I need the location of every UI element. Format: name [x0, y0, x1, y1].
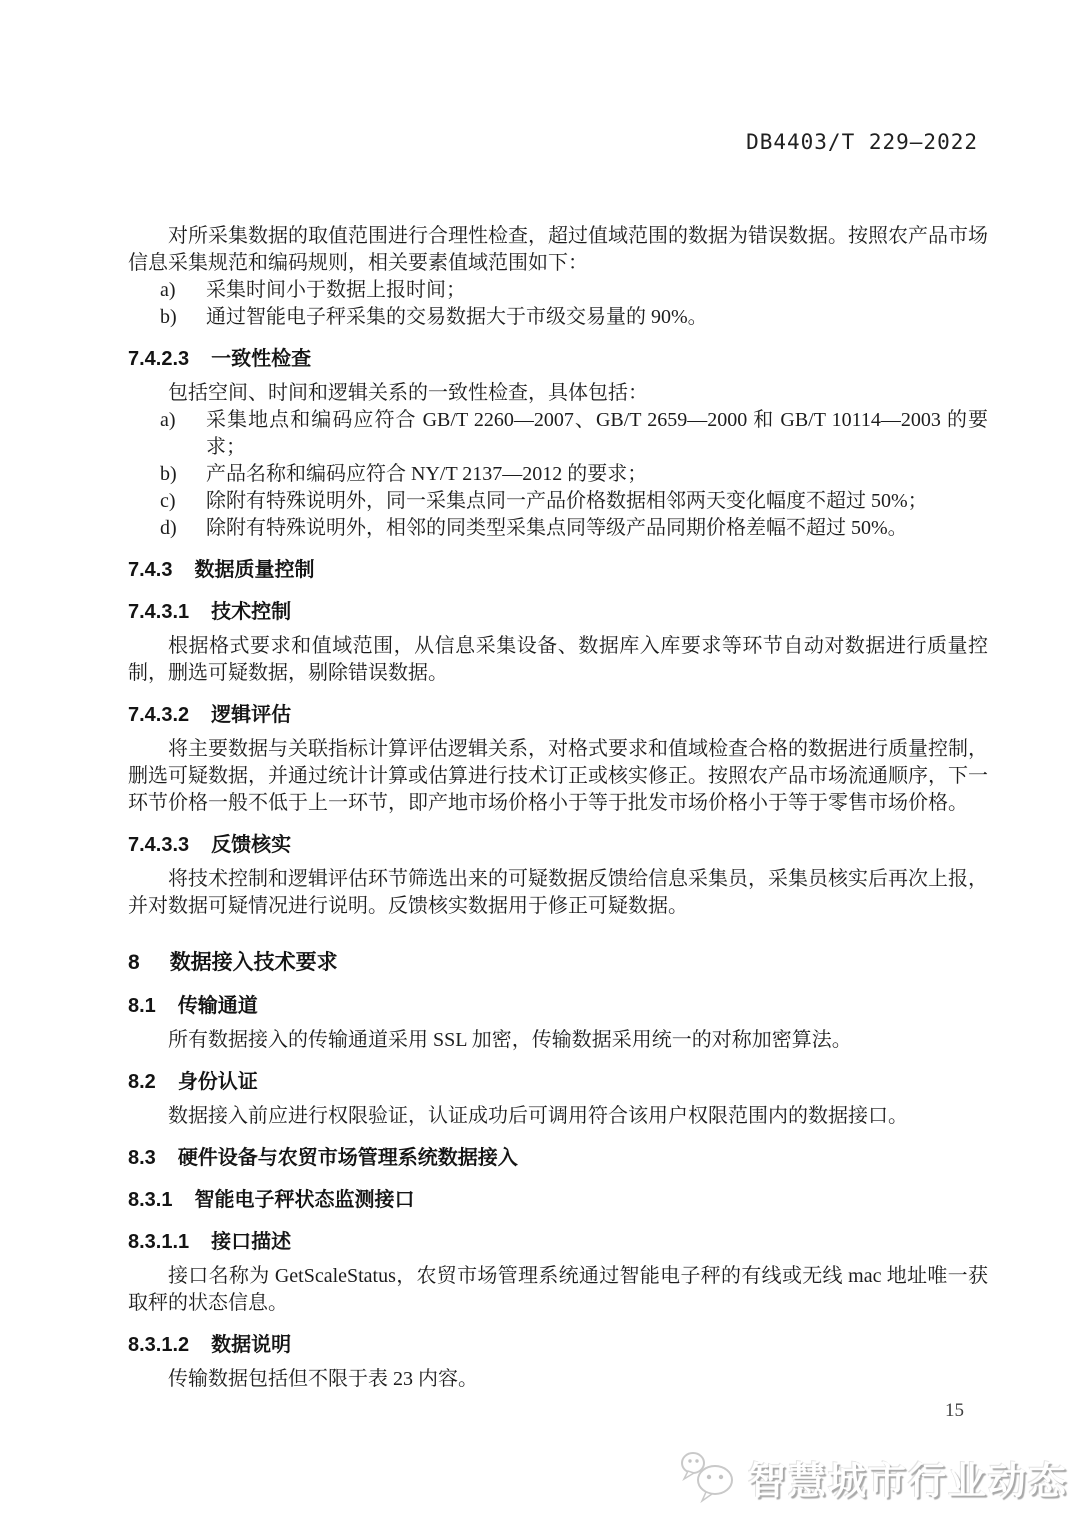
section-heading-7-4-2-3: 7.4.2.3一致性检查	[128, 346, 988, 373]
section-title: 接口描述	[211, 1231, 291, 1253]
section-title: 数据质量控制	[194, 559, 314, 581]
section-number: 8.3.1.2	[128, 1334, 189, 1356]
list-item-text: 除附有特殊说明外，相邻的同类型采集点同等级产品同期价格差幅不超过 50%。	[206, 515, 988, 542]
section-number: 8.1	[128, 995, 156, 1017]
list-item: c) 除附有特殊说明外，同一采集点同一产品价格数据相邻两天变化幅度不超过 50%…	[128, 488, 988, 515]
section-heading-8-3-1: 8.3.1智能电子秤状态监测接口	[128, 1187, 988, 1214]
section-paragraph: 所有数据接入的传输通道采用 SSL 加密，传输数据采用统一的对称加密算法。	[128, 1027, 988, 1054]
section-number: 7.4.3.1	[128, 601, 189, 623]
doc-number: DB4403/T 229—2022	[746, 130, 978, 154]
section-number: 7.4.3.2	[128, 704, 189, 726]
section-heading-8-3: 8.3硬件设备与农贸市场管理系统数据接入	[128, 1145, 988, 1172]
list-marker: c)	[128, 488, 206, 515]
section-heading-7-4-3-2: 7.4.3.2逻辑评估	[128, 702, 988, 729]
list-marker: a)	[128, 407, 206, 461]
section-number: 7.4.3.3	[128, 834, 189, 856]
section-number: 8.3.1	[128, 1189, 172, 1211]
list-item-text: 产品名称和编码应符合 NY/T 2137—2012 的要求；	[206, 461, 988, 488]
section-title: 逻辑评估	[211, 704, 291, 726]
section-paragraph: 接口名称为 GetScaleStatus，农贸市场管理系统通过智能电子秤的有线或…	[128, 1263, 988, 1317]
intro-list: a) 采集时间小于数据上报时间； b) 通过智能电子秤采集的交易数据大于市级交易…	[128, 277, 988, 331]
list-item-text: 采集时间小于数据上报时间；	[206, 277, 988, 304]
section-heading-8-1: 8.1传输通道	[128, 993, 988, 1020]
intro-paragraph: 对所采集数据的取值范围进行合理性检查，超过值域范围的数据为错误数据。按照农产品市…	[128, 223, 988, 277]
list-marker: b)	[128, 304, 206, 331]
section-number: 8.3	[128, 1147, 156, 1169]
list-marker: d)	[128, 515, 206, 542]
section-heading-8-3-1-2: 8.3.1.2数据说明	[128, 1332, 988, 1359]
section-paragraph: 将技术控制和逻辑评估环节筛选出来的可疑数据反馈给信息采集员，采集员核实后再次上报…	[128, 866, 988, 920]
section-number: 8.2	[128, 1071, 156, 1093]
list-item: a) 采集地点和编码应符合 GB/T 2260—2007、GB/T 2659—2…	[128, 407, 988, 461]
section-number: 7.4.2.3	[128, 348, 189, 370]
list-marker: a)	[128, 277, 206, 304]
list-item: a) 采集时间小于数据上报时间；	[128, 277, 988, 304]
chapter-number: 8	[128, 951, 140, 974]
list-item: b) 通过智能电子秤采集的交易数据大于市级交易量的 90%。	[128, 304, 988, 331]
section-paragraph: 包括空间、时间和逻辑关系的一致性检查，具体包括：	[128, 380, 988, 407]
watermark-text: 智慧城市行业动态	[748, 1450, 1068, 1505]
chapter-title: 数据接入技术要求	[170, 951, 338, 974]
list-item: d) 除附有特殊说明外，相邻的同类型采集点同等级产品同期价格差幅不超过 50%。	[128, 515, 988, 542]
watermark: 智慧城市行业动态	[678, 1446, 1068, 1509]
section-paragraph: 传输数据包括但不限于表 23 内容。	[128, 1366, 988, 1393]
section-heading-8-3-1-1: 8.3.1.1接口描述	[128, 1229, 988, 1256]
section-title: 技术控制	[211, 601, 291, 623]
page-number: 15	[945, 1400, 964, 1422]
list-item-text: 通过智能电子秤采集的交易数据大于市级交易量的 90%。	[206, 304, 988, 331]
wechat-icon	[678, 1446, 740, 1509]
chapter-heading-8: 8数据接入技术要求	[128, 948, 988, 978]
section-title: 身份认证	[178, 1071, 258, 1093]
list-item-text: 采集地点和编码应符合 GB/T 2260—2007、GB/T 2659—2000…	[206, 407, 988, 461]
section-heading-7-4-3-3: 7.4.3.3反馈核实	[128, 832, 988, 859]
section-paragraph: 数据接入前应进行权限验证，认证成功后可调用符合该用户权限范围内的数据接口。	[128, 1103, 988, 1130]
section-number: 8.3.1.1	[128, 1231, 189, 1253]
list-item-text: 除附有特殊说明外，同一采集点同一产品价格数据相邻两天变化幅度不超过 50%；	[206, 488, 988, 515]
section-title: 一致性检查	[211, 348, 311, 370]
section-title: 数据说明	[211, 1334, 291, 1356]
section-heading-7-4-3: 7.4.3数据质量控制	[128, 557, 988, 584]
section-number: 7.4.3	[128, 559, 172, 581]
section-title: 反馈核实	[211, 834, 291, 856]
page-content: 对所采集数据的取值范围进行合理性检查，超过值域范围的数据为错误数据。按照农产品市…	[128, 216, 988, 1393]
section-paragraph: 根据格式要求和值域范围，从信息采集设备、数据库入库要求等环节自动对数据进行质量控…	[128, 633, 988, 687]
section-heading-8-2: 8.2身份认证	[128, 1069, 988, 1096]
list-item: b) 产品名称和编码应符合 NY/T 2137—2012 的要求；	[128, 461, 988, 488]
section-title: 传输通道	[178, 995, 258, 1017]
consistency-list: a) 采集地点和编码应符合 GB/T 2260—2007、GB/T 2659—2…	[128, 407, 988, 542]
section-paragraph: 将主要数据与关联指标计算评估逻辑关系，对格式要求和值域检查合格的数据进行质量控制…	[128, 736, 988, 817]
section-heading-7-4-3-1: 7.4.3.1技术控制	[128, 599, 988, 626]
document-page: DB4403/T 229—2022 对所采集数据的取值范围进行合理性检查，超过值…	[0, 0, 1080, 1527]
list-marker: b)	[128, 461, 206, 488]
section-title: 智能电子秤状态监测接口	[194, 1189, 414, 1211]
section-title: 硬件设备与农贸市场管理系统数据接入	[178, 1147, 518, 1169]
